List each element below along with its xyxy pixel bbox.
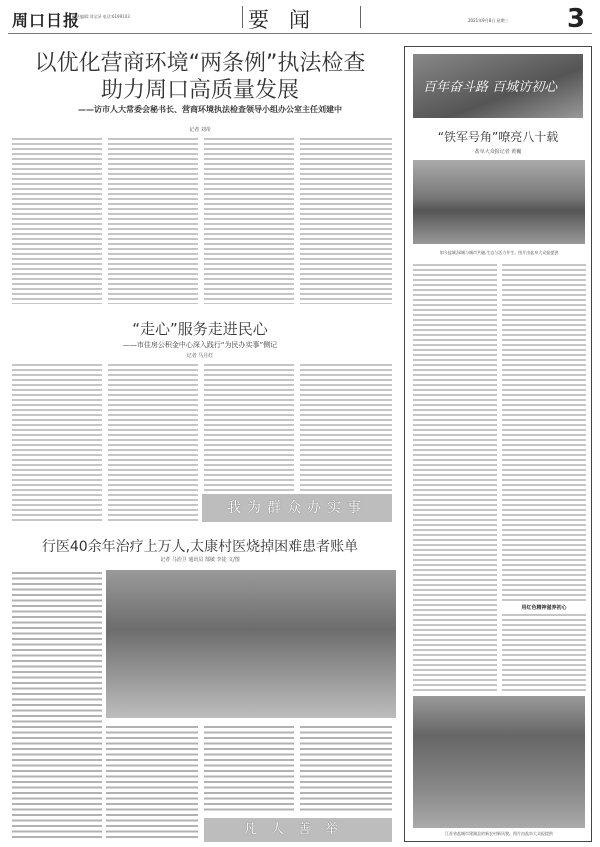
lead-body-col-3 bbox=[204, 136, 294, 304]
second-headline: “走心”服务走进民心 bbox=[10, 318, 390, 339]
feature-banner-image: 百年奋斗路 百城访初心 bbox=[413, 54, 583, 118]
feature-banner-text: 百年奋斗路 百城访初心 bbox=[423, 76, 557, 95]
section-title: 要闻 bbox=[248, 4, 330, 34]
issue-date: 2021年9月8日 星期三 bbox=[468, 18, 509, 24]
third-body-col-2 bbox=[106, 724, 198, 840]
page-number: 3 bbox=[567, 4, 585, 34]
third-body-col-1 bbox=[12, 570, 102, 840]
third-headline: 行医40余年治疗上万人,太康村医烧掉困难患者账单 bbox=[10, 536, 390, 556]
editor-line: 值班编辑:刘宝泽 电话:6199103 bbox=[72, 14, 130, 20]
feature-headline: “铁军号角”嘹亮八十载 bbox=[408, 128, 588, 145]
feature-byline: 盐阜大众报记者 黄巍 bbox=[408, 148, 588, 155]
third-byline: 记者 马治卫 通讯员 郜敏 李徒 文/图 bbox=[10, 556, 390, 563]
lead-body-col-1 bbox=[12, 136, 102, 304]
second-body-col-2 bbox=[108, 362, 198, 522]
feature-body-col-1 bbox=[413, 262, 497, 692]
divider bbox=[360, 6, 361, 28]
lead-subhead: ——访市人大常委会秘书长、营商环境执法检查领导小组办公室主任刘建中 bbox=[30, 104, 390, 115]
third-body-col-3 bbox=[204, 724, 294, 814]
feature-body-col-2 bbox=[502, 262, 586, 602]
city-photo bbox=[413, 160, 585, 244]
village-photo-caption: 江苏省盐城市建湖县的新农村新风貌。图片由盐阜大众报提供 bbox=[413, 831, 585, 837]
second-body-col-3 bbox=[204, 362, 294, 492]
headline-line-1: 以优化营商环境“两条例”执法检查 bbox=[10, 50, 390, 77]
second-body-col-1 bbox=[12, 362, 102, 522]
newspaper-logo: 周口日报 bbox=[12, 8, 80, 31]
doctor-photo bbox=[106, 570, 396, 718]
lead-body-col-4 bbox=[300, 136, 392, 304]
divider bbox=[242, 6, 243, 28]
lead-headline: 以优化营商环境“两条例”执法检查 助力周口高质量发展 bbox=[10, 50, 390, 104]
second-byline: 记者 马月红 bbox=[10, 352, 390, 359]
third-body-col-4 bbox=[300, 724, 392, 814]
headline-line-2: 助力周口高质量发展 bbox=[10, 77, 390, 104]
lead-byline: 记者 刘帝 bbox=[10, 126, 390, 133]
column-banner-good-deeds: 凡人善举 bbox=[204, 818, 392, 842]
lead-body-col-2 bbox=[108, 136, 198, 304]
header-rule bbox=[8, 33, 592, 34]
column-banner-serve-people: 我为群众办实事 bbox=[202, 494, 392, 522]
feature-subsection-title: 用红色精神滋养初心 bbox=[502, 604, 586, 611]
village-photo bbox=[413, 696, 585, 828]
second-subhead: ——市住房公积金中心深入践行“为民办实事”侧记 bbox=[10, 340, 390, 350]
city-photo-caption: 如今盐城,绿城与城市共融,生态与活力并生。图片由盐阜大众报提供 bbox=[413, 250, 585, 256]
feature-body-col-3 bbox=[502, 612, 586, 692]
second-body-col-4 bbox=[300, 362, 392, 492]
